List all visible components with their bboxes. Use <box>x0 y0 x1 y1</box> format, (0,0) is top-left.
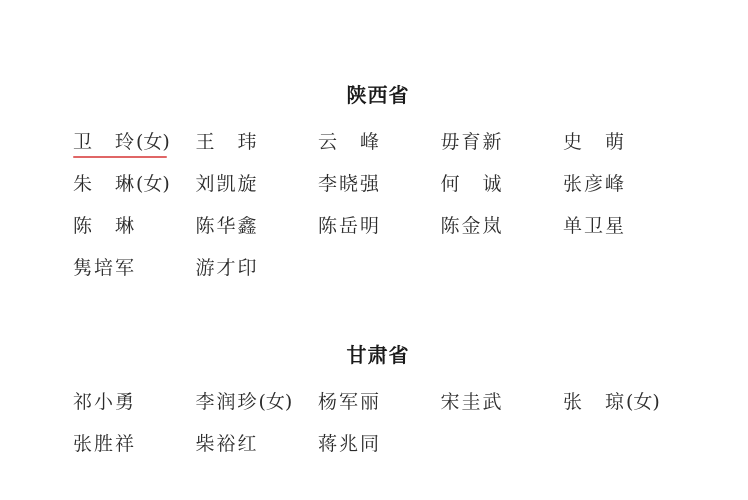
person-name: 杨军丽 <box>318 389 381 415</box>
person-name: 祁小勇 <box>73 389 136 415</box>
person-name: 柴裕红 <box>196 431 259 457</box>
given-name: 琼 <box>605 391 626 413</box>
given-name: 彦峰 <box>584 173 626 195</box>
person-name: 蒋兆同 <box>318 431 381 457</box>
given-name: 晓强 <box>339 173 381 195</box>
given-name: 小勇 <box>94 391 136 413</box>
surname: 张 <box>563 171 584 197</box>
spellcheck-underline <box>73 156 167 158</box>
gender-note: (女) <box>626 391 660 413</box>
person-name: 宋圭武 <box>441 389 504 415</box>
surname: 陈 <box>318 213 339 239</box>
gender-note: (女) <box>259 391 293 413</box>
surname: 陈 <box>441 213 462 239</box>
given-name: 才印 <box>217 257 259 279</box>
surname: 张 <box>563 389 584 415</box>
gender-note: (女) <box>136 173 170 195</box>
surname: 蒋 <box>318 431 339 457</box>
surname: 卫 <box>73 129 94 155</box>
person-name: 云峰 <box>318 129 381 155</box>
surname: 陈 <box>73 213 94 239</box>
given-name: 萌 <box>605 131 626 153</box>
surname: 祁 <box>73 389 94 415</box>
person-name: 张胜祥 <box>73 431 136 457</box>
surname: 王 <box>196 129 217 155</box>
person-name: 游才印 <box>196 255 259 281</box>
province-heading: 陕西省 <box>0 79 748 108</box>
given-name: 诚 <box>483 173 504 195</box>
surname: 何 <box>441 171 462 197</box>
person-name: 毋育新 <box>441 129 504 155</box>
given-name: 军丽 <box>339 391 381 413</box>
surname: 张 <box>73 431 94 457</box>
surname: 刘 <box>196 171 217 197</box>
surname: 史 <box>563 129 584 155</box>
given-name: 胜祥 <box>94 433 136 455</box>
gender-note: (女) <box>136 131 170 153</box>
surname: 李 <box>318 171 339 197</box>
person-name: 李晓强 <box>318 171 381 197</box>
surname: 隽 <box>73 255 94 281</box>
person-name: 陈金岚 <box>441 213 504 239</box>
person-name: 张彦峰 <box>563 171 626 197</box>
surname: 毋 <box>441 129 462 155</box>
surname: 杨 <box>318 389 339 415</box>
given-name: 岳明 <box>339 215 381 237</box>
person-name: 史萌 <box>563 129 626 155</box>
surname: 云 <box>318 129 339 155</box>
person-name: 陈岳明 <box>318 213 381 239</box>
surname: 朱 <box>73 171 94 197</box>
person-name: 李润珍(女) <box>196 389 293 415</box>
given-name: 兆同 <box>339 433 381 455</box>
surname: 陈 <box>196 213 217 239</box>
person-name: 陈华鑫 <box>196 213 259 239</box>
given-name: 琳 <box>115 173 136 195</box>
person-name: 张琼(女) <box>563 389 660 415</box>
given-name: 裕红 <box>217 433 259 455</box>
given-name: 润珍 <box>217 391 259 413</box>
person-name: 隽培军 <box>73 255 136 281</box>
surname: 李 <box>196 389 217 415</box>
given-name: 华鑫 <box>217 215 259 237</box>
surname: 游 <box>196 255 217 281</box>
person-name: 何诚 <box>441 171 504 197</box>
person-name: 卫玲(女) <box>73 129 170 155</box>
given-name: 凯旋 <box>217 173 259 195</box>
given-name: 玲 <box>115 131 136 153</box>
person-name: 王玮 <box>196 129 259 155</box>
given-name: 琳 <box>115 215 136 237</box>
given-name: 金岚 <box>462 215 504 237</box>
given-name: 圭武 <box>462 391 504 413</box>
surname: 宋 <box>441 389 462 415</box>
province-heading: 甘肃省 <box>0 339 748 368</box>
given-name: 玮 <box>238 131 259 153</box>
person-name: 刘凯旋 <box>196 171 259 197</box>
given-name: 培军 <box>94 257 136 279</box>
given-name: 卫星 <box>584 215 626 237</box>
given-name: 育新 <box>462 131 504 153</box>
surname: 单 <box>563 213 584 239</box>
person-name: 朱琳(女) <box>73 171 170 197</box>
given-name: 峰 <box>360 131 381 153</box>
person-name: 单卫星 <box>563 213 626 239</box>
person-name: 陈琳 <box>73 213 136 239</box>
surname: 柴 <box>196 431 217 457</box>
